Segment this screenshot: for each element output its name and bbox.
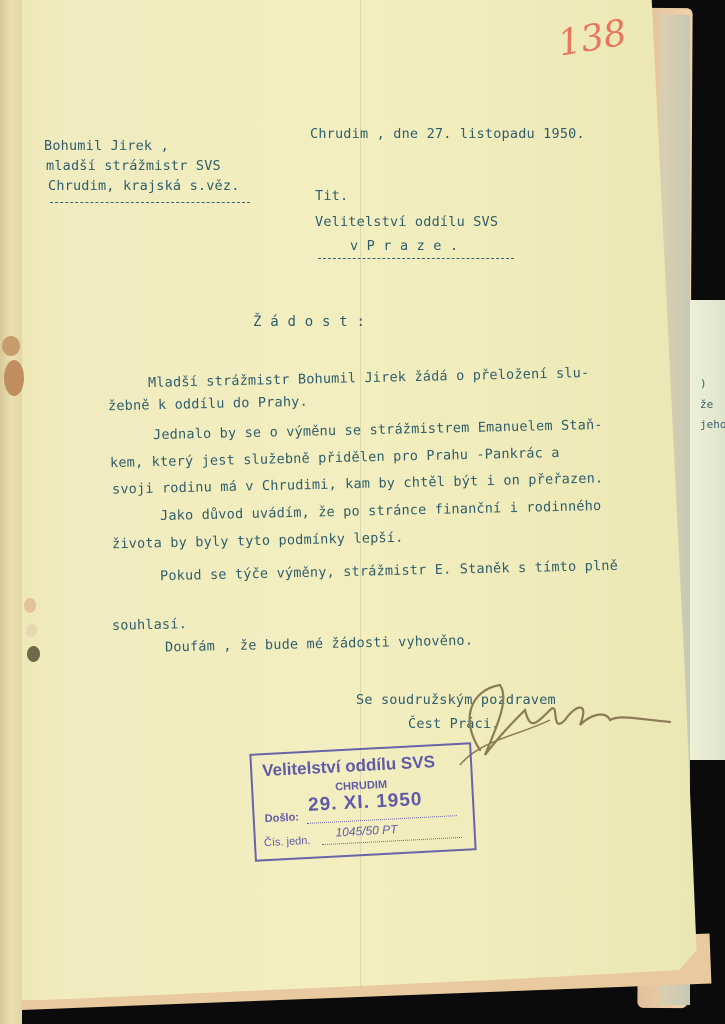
- body-line: kem, který jest služebně přidělen pro Pr…: [110, 445, 560, 471]
- body-line: Mladší strážmistr Bohumil Jirek žádá o p…: [148, 365, 590, 391]
- page-number: 138: [555, 12, 630, 64]
- side-fragment: jeho: [700, 418, 725, 431]
- punch-hole: [27, 646, 40, 662]
- stamp-received-label: Došlo:: [264, 811, 299, 825]
- recipient-city: v P r a z e .: [350, 238, 458, 254]
- received-stamp: Velitelství oddílu SVS CHRUDIM 29. XI. 1…: [249, 742, 476, 861]
- sender-location: Chrudim, krajská s.věz.: [48, 178, 240, 194]
- divider: [318, 258, 514, 259]
- body-line: svoji rodinu má v Chrudimi, kam by chtěl…: [112, 470, 604, 497]
- stamp-ref-label: Čís. jedn.: [264, 835, 311, 849]
- body-line: souhlasí.: [112, 616, 187, 634]
- place-date: Chrudim , dne 27. listopadu 1950.: [310, 126, 585, 142]
- stamp-ref-value: 1045/50 PT: [335, 822, 398, 839]
- sender-name: Bohumil Jirek ,: [44, 138, 169, 154]
- recipient-org: Velitelství oddílu SVS: [315, 214, 498, 230]
- divider: [50, 202, 250, 203]
- punch-hole: [24, 598, 36, 613]
- subject-heading: Ž á d o s t :: [253, 314, 365, 330]
- stamp-title: Velitelství oddílu SVS: [262, 752, 436, 781]
- punch-hole: [4, 360, 24, 396]
- stamp-received-date: 29. XI. 1950: [308, 789, 423, 817]
- punch-hole: [26, 624, 37, 637]
- body-line: Jednalo by se o výměnu se strážmistrem E…: [153, 417, 603, 443]
- recipient-salutation: Tit.: [315, 188, 348, 204]
- body-line: žebně k oddílu do Prahy.: [108, 394, 308, 415]
- side-fragment: ): [700, 377, 707, 390]
- underlying-sheet-typed: [690, 300, 725, 760]
- side-fragment: že: [700, 398, 713, 411]
- sender-rank: mladší strážmistr SVS: [46, 158, 221, 174]
- letter-page: 138 Bohumil Jirek , mladší strážmistr SV…: [10, 0, 700, 1000]
- body-line: Doufám , že bude mé žádosti vyhověno.: [165, 633, 473, 656]
- binding-edge: [0, 0, 22, 1024]
- handwritten-signature: [440, 680, 680, 770]
- body-line: Jako důvod uvádím, že po stránce finančn…: [160, 498, 602, 524]
- punch-hole: [2, 336, 20, 356]
- body-line: Pokud se týče výměny, strážmistr E. Stan…: [160, 558, 618, 584]
